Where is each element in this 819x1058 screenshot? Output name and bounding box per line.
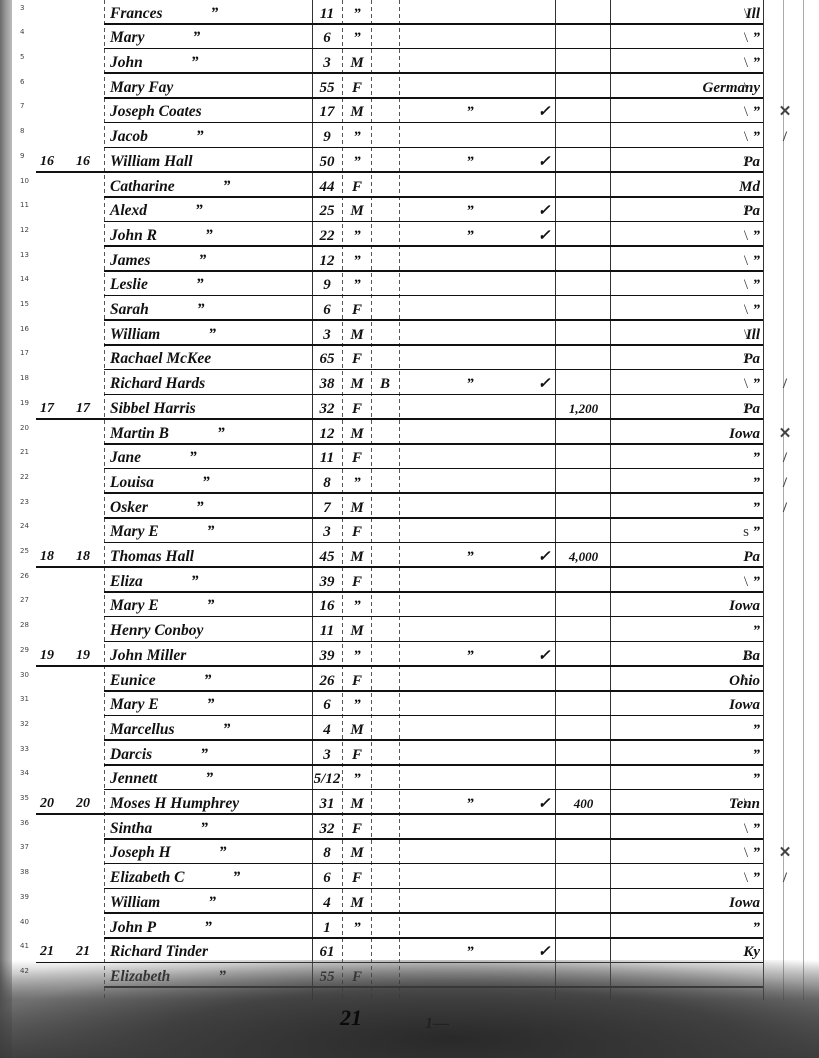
census-row: 15 Sarah” 6 F ” \ — [0, 296, 819, 321]
sex: F — [346, 450, 368, 466]
birthplace: Ky — [620, 944, 770, 960]
occupation: ” — [450, 648, 490, 664]
occupation: ” — [450, 203, 490, 219]
margin-mark: / — [778, 376, 792, 392]
sex: F — [346, 351, 368, 367]
occupation: ” — [450, 796, 490, 812]
line-number: 37 — [20, 839, 29, 855]
real-estate-value: 400 — [556, 796, 611, 812]
sex: F — [346, 524, 368, 540]
dwelling-number: 19 — [34, 648, 60, 664]
census-row: 27 Mary E” 16 ” Iowa — [0, 593, 819, 618]
sex: F — [346, 673, 368, 689]
sex: M — [346, 549, 368, 565]
person-name: Sibbel Harris — [110, 401, 244, 417]
surname-ditto: ” — [207, 696, 215, 713]
census-row: 23 Osker” 7 M ” / — [0, 494, 819, 519]
birthplace: ” — [620, 771, 770, 787]
birthplace: ” — [620, 920, 770, 936]
person-name: Alexd” — [110, 203, 203, 219]
tally-tick: \ — [740, 6, 752, 22]
occupation-check: ✓ — [536, 796, 552, 812]
person-name: John P” — [110, 920, 212, 936]
line-number: 38 — [20, 864, 29, 880]
line-number: 18 — [20, 370, 29, 386]
family-number: 21 — [68, 944, 98, 960]
sex: M — [346, 845, 368, 861]
line-number: 32 — [20, 716, 29, 732]
family-number: 20 — [68, 796, 98, 812]
birthplace: Iowa — [620, 426, 770, 442]
sex: ” — [346, 771, 368, 787]
sex: M — [346, 376, 368, 392]
surname-ditto: ” — [197, 301, 205, 318]
age: 65 — [312, 351, 342, 367]
line-number: 24 — [20, 518, 29, 534]
family-number: 18 — [68, 549, 98, 565]
sex: M — [346, 104, 368, 120]
surname-ditto: ” — [191, 54, 199, 71]
person-name: Jane” — [110, 450, 197, 466]
census-page: 3 Frances” 11 ” Ill \ 4 Mary” 6 ” ” \ 5 … — [0, 0, 819, 1058]
person-name: Eliza” — [110, 574, 198, 590]
real-estate-value: 1,200 — [556, 401, 611, 417]
birthplace: Iowa — [620, 598, 770, 614]
census-row: 36 Sintha” 32 F ” \ — [0, 815, 819, 840]
sex: ” — [346, 129, 368, 145]
surname-ditto: ” — [196, 276, 204, 293]
census-row: 14 Leslie” 9 ” ” \ — [0, 272, 819, 297]
line-number: 10 — [20, 173, 29, 189]
age: 8 — [312, 845, 342, 861]
census-row: 25 18 18 Thomas Hall 45 M ” ✓ 4,000 Pa — [0, 543, 819, 568]
dwelling-number: 17 — [34, 401, 60, 417]
sex: ” — [346, 475, 368, 491]
surname-ditto: ” — [219, 844, 227, 861]
sex: M — [346, 203, 368, 219]
sex: ” — [346, 30, 368, 46]
surname-ditto: ” — [233, 869, 241, 886]
surname-ditto: ” — [195, 202, 203, 219]
sex: M — [346, 623, 368, 639]
age: 55 — [312, 80, 342, 96]
age: 3 — [312, 747, 342, 763]
person-name: Mary” — [110, 30, 200, 46]
line-number: 5 — [20, 49, 24, 65]
age: 7 — [312, 500, 342, 516]
occupation-check: ✓ — [536, 648, 552, 664]
age: 12 — [312, 426, 342, 442]
age: 6 — [312, 870, 342, 886]
census-row: 24 Mary E” 3 F ” s — [0, 519, 819, 544]
surname-ditto: ” — [200, 746, 208, 763]
person-name: Osker” — [110, 500, 204, 516]
age: 61 — [312, 944, 342, 960]
birthplace: Iowa — [620, 697, 770, 713]
age: 11 — [312, 450, 342, 466]
tally-tick: \ — [740, 80, 752, 96]
person-name: Jennett” — [110, 771, 213, 787]
age: 3 — [312, 55, 342, 71]
tally-tick: \ — [740, 376, 752, 392]
person-name: Mary Fay — [110, 80, 221, 96]
sex: ” — [346, 648, 368, 664]
margin-mark: / — [778, 129, 792, 145]
person-name: Richard Hards — [110, 376, 253, 392]
margin-mark: / — [778, 870, 792, 886]
age: 4 — [312, 722, 342, 738]
line-number: 12 — [20, 222, 29, 238]
person-name: John Miller — [110, 648, 234, 664]
occupation-check: ✓ — [536, 944, 552, 960]
occupation: ” — [450, 104, 490, 120]
line-number: 36 — [20, 815, 29, 831]
line-number: 22 — [20, 469, 29, 485]
tally-tick: \ — [740, 648, 752, 664]
age: 9 — [312, 277, 342, 293]
sex: ” — [346, 154, 368, 170]
census-row: 18 Richard Hards 38 M B ” ✓ ” \ / — [0, 371, 819, 396]
line-number: 3 — [20, 0, 24, 16]
person-name: Leslie” — [110, 277, 204, 293]
age: 38 — [312, 376, 342, 392]
tally-tick: s — [740, 524, 752, 540]
line-number: 28 — [20, 617, 29, 633]
surname-ditto: ” — [205, 770, 213, 787]
line-number: 21 — [20, 444, 29, 460]
census-row: 16 William” 3 M Ill \ — [0, 321, 819, 346]
tally-tick: \ — [740, 104, 752, 120]
age: 45 — [312, 549, 342, 565]
age: 32 — [312, 401, 342, 417]
person-name: Jacob” — [110, 129, 204, 145]
person-name: Marcellus” — [110, 722, 230, 738]
age: 6 — [312, 30, 342, 46]
line-number: 20 — [20, 420, 29, 436]
line-number: 30 — [20, 667, 29, 683]
line-number: 25 — [20, 543, 29, 559]
birthplace: Iowa — [620, 895, 770, 911]
line-number: 9 — [20, 148, 24, 164]
real-estate-value: 4,000 — [556, 549, 611, 565]
census-row: 17 Rachael McKee 65 F Pa \ — [0, 346, 819, 371]
age: 32 — [312, 821, 342, 837]
age: 8 — [312, 475, 342, 491]
line-number: 16 — [20, 321, 29, 337]
age: 31 — [312, 796, 342, 812]
margin-mark: ✕ — [778, 104, 792, 120]
line-number: 14 — [20, 271, 29, 287]
census-row: 19 17 17 Sibbel Harris 32 F 1,200 Pa \ — [0, 395, 819, 420]
tally-tick: \ — [740, 821, 752, 837]
census-row: 3 Frances” 11 ” Ill \ — [0, 0, 819, 25]
census-row: 29 19 19 John Miller 39 ” ” ✓ Ba \ — [0, 642, 819, 667]
person-name: Eunice” — [110, 673, 211, 689]
line-number: 39 — [20, 889, 29, 905]
person-name: Darcis” — [110, 747, 208, 763]
occupation-check: ✓ — [536, 228, 552, 244]
surname-ditto: ” — [207, 523, 215, 540]
sex: ” — [346, 697, 368, 713]
birthplace: ” — [620, 623, 770, 639]
census-row: 38 Elizabeth C” 6 F ” \ / — [0, 865, 819, 890]
line-number: 35 — [20, 790, 29, 806]
age: 50 — [312, 154, 342, 170]
person-name: Frances” — [110, 6, 218, 22]
birthplace: ” — [620, 722, 770, 738]
census-row: 33 Darcis” 3 F ” — [0, 741, 819, 766]
tally-tick: \ — [740, 154, 752, 170]
sex: ” — [346, 277, 368, 293]
surname-ditto: ” — [189, 449, 197, 466]
sex: M — [346, 796, 368, 812]
line-number: 17 — [20, 345, 29, 361]
line-number: 6 — [20, 74, 24, 90]
surname-ditto: ” — [223, 721, 231, 738]
sex: F — [346, 821, 368, 837]
sex: M — [346, 895, 368, 911]
sex: F — [346, 401, 368, 417]
census-row: 21 Jane” 11 F ” / — [0, 445, 819, 470]
occupation: ” — [450, 154, 490, 170]
census-row: 40 John P” 1 ” ” — [0, 914, 819, 939]
age: 39 — [312, 648, 342, 664]
census-row: 22 Louisa” 8 ” ” / — [0, 469, 819, 494]
occupation-check: ✓ — [536, 154, 552, 170]
census-row: 13 James” 12 ” ” \ — [0, 247, 819, 272]
tally-tick: \ — [740, 253, 752, 269]
census-row: 31 Mary E” 6 ” Iowa — [0, 692, 819, 717]
census-row: 20 Martin B” 12 M Iowa ✕ — [0, 420, 819, 445]
person-name: James” — [110, 253, 206, 269]
occupation: ” — [450, 228, 490, 244]
page-stain — [0, 960, 819, 1058]
surname-ditto: ” — [204, 919, 212, 936]
census-row: 30 Eunice” 26 F Ohio \ — [0, 667, 819, 692]
surname-ditto: ” — [211, 5, 219, 22]
census-row: 7 Joseph Coates 17 M ” ✓ ” \ ✕ — [0, 99, 819, 124]
sex: M — [346, 500, 368, 516]
line-number: 13 — [20, 247, 29, 263]
census-row: 8 Jacob” 9 ” ” \ / — [0, 124, 819, 149]
dwelling-number: 21 — [34, 944, 60, 960]
surname-ditto: ” — [208, 894, 216, 911]
surname-ditto: ” — [207, 597, 215, 614]
age: 11 — [312, 623, 342, 639]
person-name: Sintha” — [110, 821, 208, 837]
line-number: 27 — [20, 592, 29, 608]
person-name: Joseph Coates — [110, 104, 250, 120]
sex: ” — [346, 228, 368, 244]
margin-mark: / — [778, 450, 792, 466]
age: 5/12 — [312, 771, 342, 787]
surname-ditto: ” — [205, 227, 213, 244]
age: 17 — [312, 104, 342, 120]
birthplace: ” — [620, 747, 770, 763]
tally-tick: \ — [740, 673, 752, 689]
sex: F — [346, 179, 368, 195]
surname-ditto: ” — [208, 326, 216, 343]
tally-tick: \ — [740, 129, 752, 145]
census-row: 5 John” 3 M ” \ — [0, 49, 819, 74]
census-row: 28 Henry Conboy 11 M ” — [0, 618, 819, 643]
age: 39 — [312, 574, 342, 590]
surname-ditto: ” — [191, 573, 199, 590]
tally-tick: \ — [740, 351, 752, 367]
sex: ” — [346, 253, 368, 269]
page-number: 21 — [340, 1005, 362, 1031]
margin-mark: ✕ — [778, 426, 792, 442]
census-row: 4 Mary” 6 ” ” \ — [0, 25, 819, 50]
family-number: 17 — [68, 401, 98, 417]
person-name: Mary E” — [110, 697, 214, 713]
tally-tick: \ — [740, 327, 752, 343]
sex: M — [346, 327, 368, 343]
census-row: 10 Catharine” 44 F Md — [0, 173, 819, 198]
surname-ditto: ” — [202, 474, 210, 491]
sex: F — [346, 870, 368, 886]
census-row: 37 Joseph H” 8 M ” \ ✕ — [0, 840, 819, 865]
sex: M — [346, 55, 368, 71]
age: 22 — [312, 228, 342, 244]
person-name: Joseph H” — [110, 845, 226, 861]
age: 4 — [312, 895, 342, 911]
age: 3 — [312, 524, 342, 540]
sex: ” — [346, 6, 368, 22]
line-number: 40 — [20, 914, 29, 930]
age: 12 — [312, 253, 342, 269]
sex: M — [346, 426, 368, 442]
age: 11 — [312, 6, 342, 22]
age: 44 — [312, 179, 342, 195]
color: B — [375, 376, 395, 392]
margin-mark: / — [778, 475, 792, 491]
person-name: William” — [110, 327, 216, 343]
person-name: Henry Conboy — [110, 623, 251, 639]
margin-mark: / — [778, 500, 792, 516]
surname-ditto: ” — [223, 178, 231, 195]
family-number: 19 — [68, 648, 98, 664]
person-name: Louisa” — [110, 475, 210, 491]
age: 6 — [312, 302, 342, 318]
line-number: 31 — [20, 691, 29, 707]
line-number: 23 — [20, 494, 29, 510]
birthplace: ” — [620, 475, 770, 491]
age: 3 — [312, 327, 342, 343]
age: 9 — [312, 129, 342, 145]
sex: F — [346, 80, 368, 96]
family-number: 16 — [68, 154, 98, 170]
margin-mark: ✕ — [778, 845, 792, 861]
person-name: Rachael McKee — [110, 351, 259, 367]
occupation: ” — [450, 549, 490, 565]
census-row: 12 John R” 22 ” ” ✓ ” \ — [0, 222, 819, 247]
surname-ditto: ” — [196, 128, 204, 145]
line-number: 15 — [20, 296, 29, 312]
person-name: Mary E” — [110, 598, 214, 614]
census-row: 11 Alexd” 25 M ” ✓ Pa \ — [0, 198, 819, 223]
tally-tick: \ — [740, 30, 752, 46]
occupation-check: ✓ — [536, 104, 552, 120]
occupation: ” — [450, 944, 490, 960]
line-number: 41 — [20, 938, 29, 954]
line-number: 8 — [20, 123, 24, 139]
sex: ” — [346, 920, 368, 936]
surname-ditto: ” — [200, 820, 208, 837]
tally-tick: \ — [740, 277, 752, 293]
person-name: Sarah” — [110, 302, 205, 318]
birthplace: Pa — [620, 549, 770, 565]
age: 25 — [312, 203, 342, 219]
census-row: 35 20 20 Moses H Humphrey 31 M ” ✓ 400 T… — [0, 790, 819, 815]
surname-ditto: ” — [196, 499, 204, 516]
person-name: Martin B” — [110, 426, 225, 442]
line-number: 26 — [20, 568, 29, 584]
person-name: Mary E” — [110, 524, 214, 540]
line-number: 11 — [20, 197, 29, 213]
census-row: 34 Jennett” 5/12 ” ” — [0, 766, 819, 791]
census-row: 6 Mary Fay 55 F Germany \ — [0, 74, 819, 99]
age: 26 — [312, 673, 342, 689]
line-number: 29 — [20, 642, 29, 658]
sex: F — [346, 302, 368, 318]
person-name: Moses H Humphrey — [110, 796, 287, 812]
sex: F — [346, 574, 368, 590]
person-name: Richard Tinder — [110, 944, 256, 960]
line-number: 7 — [20, 98, 24, 114]
person-name: William” — [110, 895, 216, 911]
tally-tick: \ — [740, 796, 752, 812]
person-name: Elizabeth C” — [110, 870, 240, 886]
sex: M — [346, 722, 368, 738]
surname-ditto: ” — [204, 672, 212, 689]
occupation: ” — [450, 376, 490, 392]
sex: ” — [346, 598, 368, 614]
person-name: John R” — [110, 228, 213, 244]
tally-tick: \ — [740, 302, 752, 318]
dwelling-number: 16 — [34, 154, 60, 170]
tally-tick: \ — [740, 845, 752, 861]
surname-ditto: ” — [217, 425, 225, 442]
dwelling-number: 20 — [34, 796, 60, 812]
tally-tick: \ — [740, 55, 752, 71]
dwelling-number: 18 — [34, 549, 60, 565]
person-name: William Hall — [110, 154, 241, 170]
age: 16 — [312, 598, 342, 614]
line-number: 4 — [20, 24, 24, 40]
sex: F — [346, 747, 368, 763]
person-name: Thomas Hall — [110, 549, 242, 565]
occupation-check: ✓ — [536, 203, 552, 219]
birthplace: Md — [620, 179, 770, 195]
person-name: John” — [110, 55, 199, 71]
surname-ditto: ” — [198, 252, 206, 269]
census-row: 39 William” 4 M Iowa — [0, 889, 819, 914]
census-row: 9 16 16 William Hall 50 ” ” ✓ Pa \ — [0, 148, 819, 173]
tally-tick: \ — [740, 401, 752, 417]
census-row: 26 Eliza” 39 F ” \ — [0, 568, 819, 593]
birthplace: ” — [620, 450, 770, 466]
tally-tick: \ — [740, 228, 752, 244]
tally-tick: \ — [740, 870, 752, 886]
person-name: Catharine” — [110, 179, 230, 195]
tally-tick: \ — [740, 203, 752, 219]
birthplace: ” — [620, 500, 770, 516]
line-number: 33 — [20, 741, 29, 757]
occupation-check: ✓ — [536, 549, 552, 565]
footer-mark: 1— — [425, 1015, 449, 1033]
line-number: 34 — [20, 765, 29, 781]
